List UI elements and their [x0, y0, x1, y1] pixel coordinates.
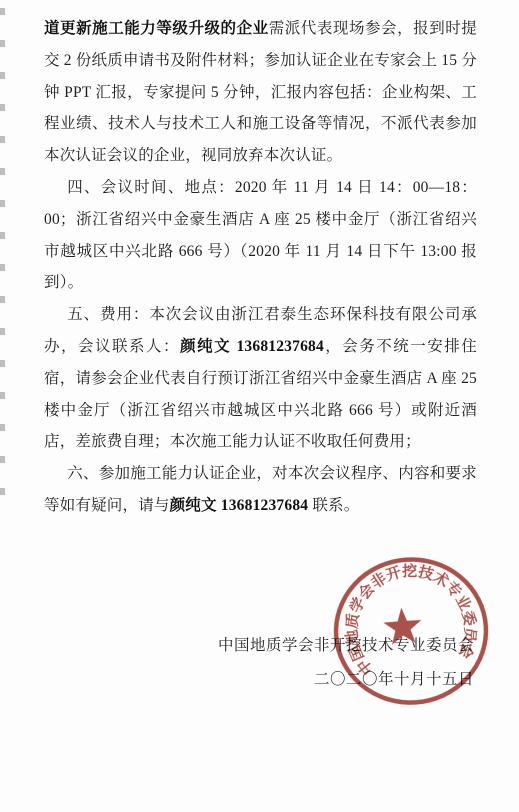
official-seal-stamp: 中国地质学会非开挖技术专业委员会	[328, 551, 495, 712]
document-body: 道更新施工能力等级升级的企业需派代表现场参会，报到时提交 2 份纸质申请书及附件…	[44, 13, 477, 522]
paragraph-text: 四、会议时间、地点：2020 年 11 月 14 日 14：00—18：00；浙…	[44, 179, 477, 291]
paragraph-continuation: 道更新施工能力等级升级的企业需派代表现场参会，报到时提交 2 份纸质申请书及附件…	[44, 13, 477, 172]
bold-lead-text: 道更新施工能力等级升级的企业	[44, 20, 269, 37]
scan-artifact-strip	[0, 8, 5, 508]
paragraph-section-5: 五、费用：本次会议由浙江君泰生态环保科技有限公司承办，会议联系人：颜纯文 136…	[44, 299, 477, 458]
contact-name-phone: 颜纯文 13681237684	[180, 338, 324, 355]
seal-graphic: 中国地质学会非开挖技术专业委员会	[328, 551, 495, 712]
paragraph-section-4: 四、会议时间、地点：2020 年 11 月 14 日 14：00—18：00；浙…	[44, 172, 477, 299]
paragraph-text: 联系。	[308, 497, 359, 514]
paragraph-text: 需派代表现场参会，报到时提交 2 份纸质申请书及附件材料；参加认证企业在专家会上…	[44, 20, 477, 164]
scanned-document-page: 道更新施工能力等级升级的企业需派代表现场参会，报到时提交 2 份纸质申请书及附件…	[0, 0, 519, 812]
star-icon	[382, 606, 422, 645]
paragraph-section-6: 六、参加施工能力认证企业，对本次会议程序、内容和要求等如有疑问，请与颜纯文 13…	[44, 458, 477, 522]
contact-name-phone: 颜纯文 13681237684	[170, 497, 309, 514]
